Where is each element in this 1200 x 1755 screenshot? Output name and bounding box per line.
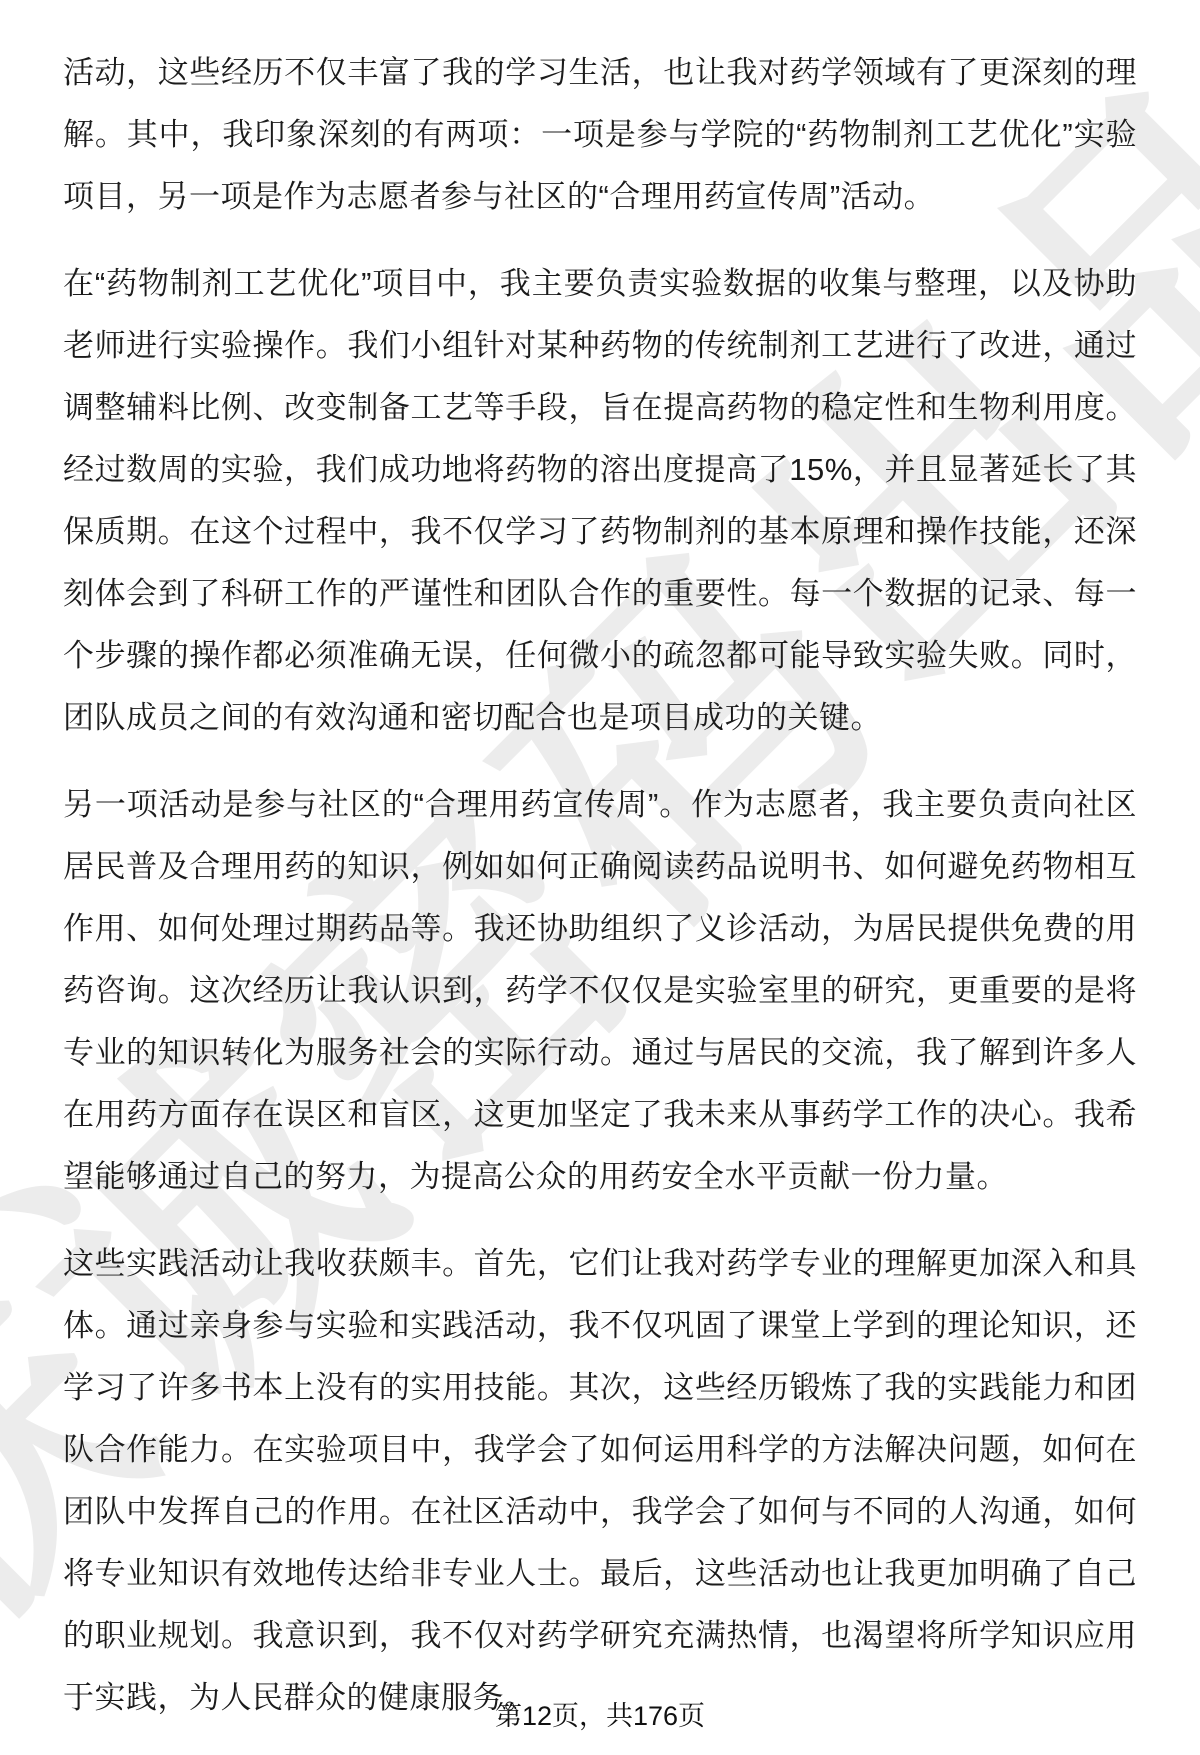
document-body: 活动，这些经历不仅丰富了我的学习生活，也让我对药学领域有了更深刻的理解。其中，我… bbox=[63, 42, 1137, 1754]
paragraph-lab-project: 在“药物制剂工艺优化”项目中，我主要负责实验数据的收集与整理，以及协助老师进行实… bbox=[63, 253, 1137, 749]
paragraph-community-volunteer: 另一项活动是参与社区的“合理用药宣传周”。作为志愿者，我主要负责向社区居民普及合… bbox=[63, 774, 1137, 1208]
page-number-footer: 第12页，共176页 bbox=[0, 1694, 1200, 1733]
paragraph-intro-activities: 活动，这些经历不仅丰富了我的学习生活，也让我对药学领域有了更深刻的理解。其中，我… bbox=[63, 42, 1137, 228]
paragraph-summary-gains: 这些实践活动让我收获颇丰。首先，它们让我对药学专业的理解更加深入和具体。通过亲身… bbox=[63, 1233, 1137, 1729]
document-page: 联诚密码出品 活动，这些经历不仅丰富了我的学习生活，也让我对药学领域有了更深刻的… bbox=[0, 0, 1200, 1755]
